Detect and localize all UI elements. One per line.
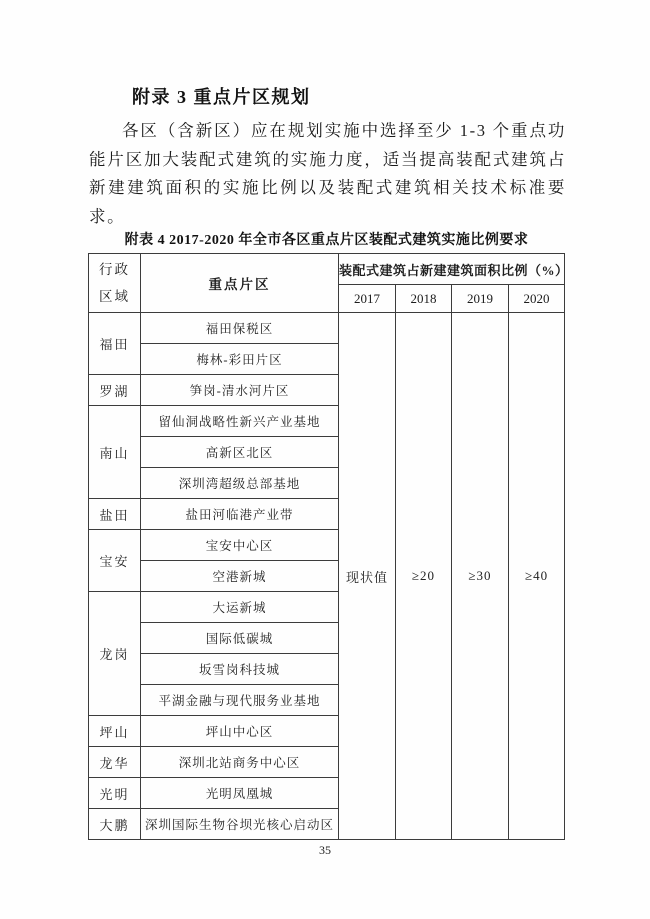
header-ratio-group: 装配式建筑占新建建筑面积比例（%） bbox=[339, 254, 565, 285]
document-page: 附录 3 重点片区规划 各区（含新区）应在规划实施中选择至少 1-3 个重点功能… bbox=[0, 0, 650, 919]
header-key-area: 重点片区 bbox=[141, 254, 339, 313]
area-cell: 坪山中心区 bbox=[141, 716, 339, 747]
table-caption: 附表 4 2017-2020 年全市各区重点片区装配式建筑实施比例要求 bbox=[88, 229, 565, 249]
area-cell: 深圳国际生物谷坝光核心启动区 bbox=[141, 809, 339, 840]
header-year-2019: 2019 bbox=[452, 285, 509, 313]
area-cell: 空港新城 bbox=[141, 561, 339, 592]
header-year-2017: 2017 bbox=[339, 285, 396, 313]
area-cell: 留仙洞战略性新兴产业基地 bbox=[141, 406, 339, 437]
district-nanshan: 南山 bbox=[89, 406, 141, 499]
header-admin-region-line2: 区域 bbox=[89, 283, 140, 310]
area-cell: 盐田河临港产业带 bbox=[141, 499, 339, 530]
district-yantian: 盐田 bbox=[89, 499, 141, 530]
table-row: 福田 福田保税区 现状值 ≥20 ≥30 ≥40 bbox=[89, 313, 565, 344]
district-guangming: 光明 bbox=[89, 778, 141, 809]
area-cell: 笋岗-清水河片区 bbox=[141, 375, 339, 406]
page-number: 35 bbox=[0, 843, 650, 858]
district-longgang: 龙岗 bbox=[89, 592, 141, 716]
district-baoan: 宝安 bbox=[89, 530, 141, 592]
district-dapeng: 大鹏 bbox=[89, 809, 141, 840]
district-futian: 福田 bbox=[89, 313, 141, 375]
value-2017: 现状值 bbox=[339, 313, 396, 840]
district-luohu: 罗湖 bbox=[89, 375, 141, 406]
value-2019: ≥30 bbox=[452, 313, 509, 840]
area-cell: 深圳湾超级总部基地 bbox=[141, 468, 339, 499]
district-longhua: 龙华 bbox=[89, 747, 141, 778]
value-2018: ≥20 bbox=[396, 313, 452, 840]
district-pingshan: 坪山 bbox=[89, 716, 141, 747]
implementation-ratio-table: 行政 区域 重点片区 装配式建筑占新建建筑面积比例（%） 2017 2018 2… bbox=[88, 253, 565, 840]
appendix-title: 附录 3 重点片区规划 bbox=[132, 83, 311, 109]
area-cell: 深圳北站商务中心区 bbox=[141, 747, 339, 778]
header-admin-region-line1: 行政 bbox=[89, 256, 140, 283]
header-admin-region: 行政 区域 bbox=[89, 254, 141, 313]
area-cell: 宝安中心区 bbox=[141, 530, 339, 561]
area-cell: 梅林-彩田片区 bbox=[141, 344, 339, 375]
header-row-1: 行政 区域 重点片区 装配式建筑占新建建筑面积比例（%） bbox=[89, 254, 565, 285]
header-year-2020: 2020 bbox=[509, 285, 565, 313]
header-year-2018: 2018 bbox=[396, 285, 452, 313]
area-cell: 国际低碳城 bbox=[141, 623, 339, 654]
body-paragraph: 各区（含新区）应在规划实施中选择至少 1-3 个重点功能片区加大装配式建筑的实施… bbox=[89, 117, 566, 231]
area-cell: 光明凤凰城 bbox=[141, 778, 339, 809]
area-cell: 平湖金融与现代服务业基地 bbox=[141, 685, 339, 716]
area-cell: 高新区北区 bbox=[141, 437, 339, 468]
area-cell: 大运新城 bbox=[141, 592, 339, 623]
area-cell: 福田保税区 bbox=[141, 313, 339, 344]
area-cell: 坂雪岗科技城 bbox=[141, 654, 339, 685]
value-2020: ≥40 bbox=[509, 313, 565, 840]
